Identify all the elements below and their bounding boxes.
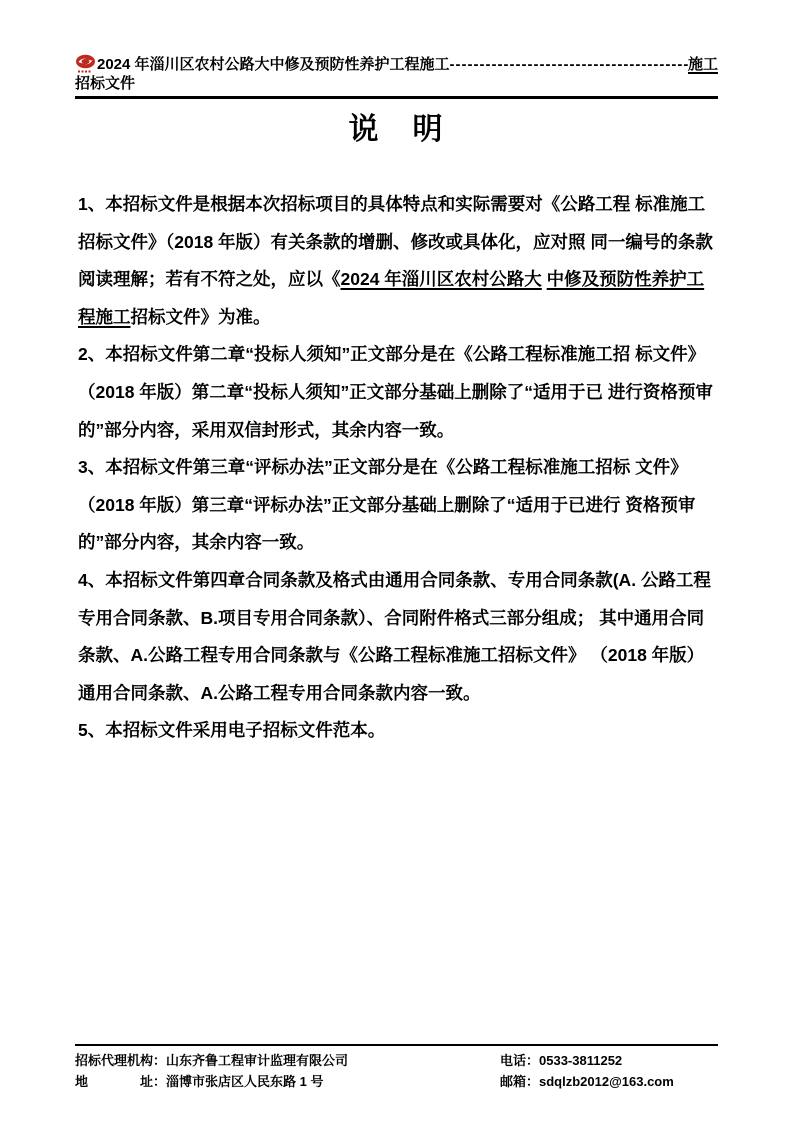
agency-name: 山东齐鲁工程审计监理有限公司 (166, 1053, 348, 1068)
text-segment: 招标文件》为准。 (131, 307, 271, 327)
footer-agency-line: 招标代理机构：山东齐鲁工程审计监理有限公司 (75, 1050, 348, 1071)
page-header: 2024 年淄川区农村公路大中修及预防性养护工程施工 -------------… (75, 54, 718, 99)
underlined-project-name: 2024 年淄川区农村公路大 (341, 269, 542, 289)
paragraph-4: 4、本招标文件第四章合同条款及格式由通用合同条款、专用合同条款(A. 公路工程专… (78, 562, 718, 712)
text-line: 5、本招标文件采用电子招标文件范本。 (78, 720, 385, 740)
text-line: 4、本招标文件第四章合同条款及格式由通用合同条款、专用合同条款(A. (78, 570, 636, 590)
text-line: 2、本招标文件第二章“投标人须知”正文部分是在《公路工程标准施工招 (78, 344, 630, 364)
footer-phone-line: 电话：0533-3811252 (500, 1050, 718, 1071)
phone-label: 电话： (500, 1053, 539, 1068)
text-segment: 4、本招标文件第四章合同条款及格式由通用合同条款、专用合同条款(A. (78, 570, 636, 590)
text-segment: 3、本招标文件第三章“评标办法”正文部分是在《公路工程标准施工招标 (78, 457, 630, 477)
agency-label: 招标代理机构： (75, 1053, 166, 1068)
phone-value: 0533-3811252 (539, 1053, 622, 1068)
text-segment: 2、本招标文件第二章“投标人须知”正文部分是在《公路工程标准施工招 (78, 344, 630, 364)
address-value: 淄博市张店区人民东路 1 号 (166, 1074, 323, 1089)
text-segment: 5、本招标文件采用电子招标文件范本。 (78, 720, 385, 740)
address-label: 地 址： (75, 1074, 166, 1089)
header-project-name: 2024 年淄川区农村公路大中修及预防性养护工程施工 (97, 55, 450, 74)
paragraph-1: 1、本招标文件是根据本次招标项目的具体特点和实际需要对《公路工程 标准施工招标文… (78, 186, 718, 336)
text-line: 1、本招标文件是根据本次招标项目的具体特点和实际需要对《公路工程 (78, 194, 630, 214)
document-page: 2024 年淄川区农村公路大中修及预防性养护工程施工 -------------… (0, 0, 793, 1122)
agency-seal-logo-icon (75, 54, 96, 74)
page-title: 说 明 (0, 112, 793, 148)
footer-agency-block: 招标代理机构：山东齐鲁工程审计监理有限公司 地 址：淄博市张店区人民东路 1 号 (75, 1050, 348, 1092)
email-value: sdqlzb2012@163.com (539, 1074, 674, 1089)
header-line-2: 招标文件 (75, 74, 718, 93)
paragraph-2: 2、本招标文件第二章“投标人须知”正文部分是在《公路工程标准施工招 标文件》（2… (78, 336, 718, 449)
text-segment: 1、本招标文件是根据本次招标项目的具体特点和实际需要对《公路工程 (78, 194, 630, 214)
document-body: 1、本招标文件是根据本次招标项目的具体特点和实际需要对《公路工程 标准施工招标文… (78, 186, 718, 750)
paragraph-3: 3、本招标文件第三章“评标办法”正文部分是在《公路工程标准施工招标 文件》（20… (78, 449, 718, 562)
email-label: 邮箱： (500, 1074, 539, 1089)
header-line-1: 2024 年淄川区农村公路大中修及预防性养护工程施工 -------------… (75, 54, 718, 74)
header-dash-leader: ----------------------------------------… (450, 55, 688, 74)
page-footer: 招标代理机构：山东齐鲁工程审计监理有限公司 地 址：淄博市张店区人民东路 1 号… (75, 1044, 718, 1092)
paragraph-5: 5、本招标文件采用电子招标文件范本。 (78, 712, 718, 750)
footer-email-line: 邮箱：sdqlzb2012@163.com (500, 1071, 718, 1092)
text-line: 3、本招标文件第三章“评标办法”正文部分是在《公路工程标准施工招标 (78, 457, 630, 477)
header-suffix: 施工 (688, 55, 718, 74)
footer-address-line: 地 址：淄博市张店区人民东路 1 号 (75, 1071, 348, 1092)
footer-contact-block: 电话：0533-3811252 邮箱：sdqlzb2012@163.com (500, 1050, 718, 1092)
